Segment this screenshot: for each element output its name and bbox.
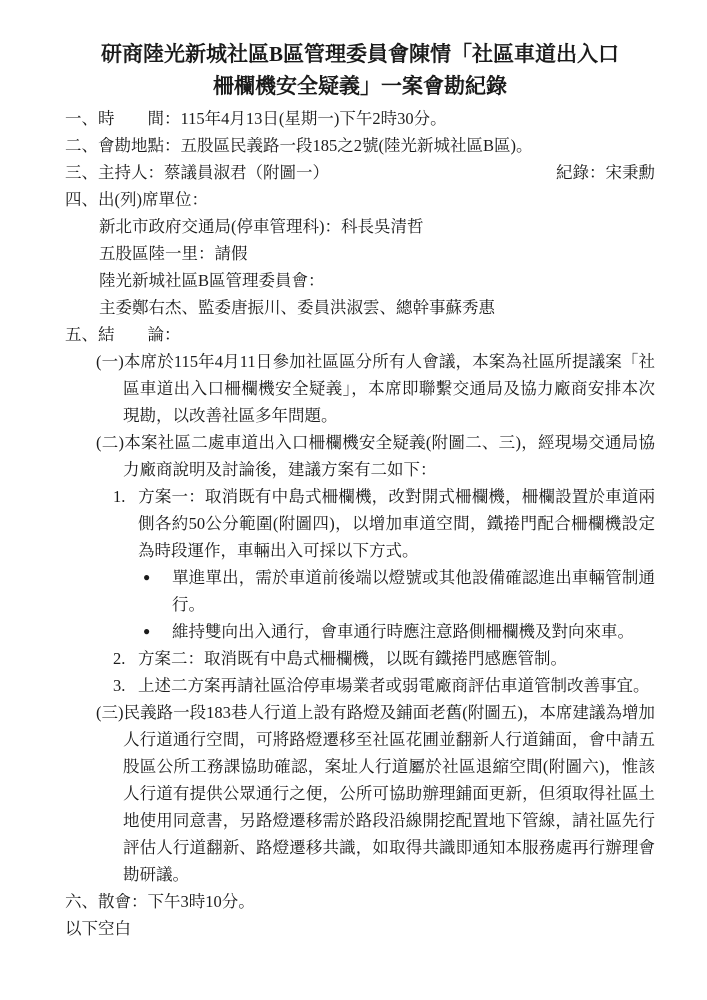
document-title: 研商陸光新城社區B區管理委員會陳情「社區車道出入口 柵欄機安全疑義」一案會勘紀錄 bbox=[65, 38, 655, 102]
title-line-2: 柵欄機安全疑義」一案會勘紀錄 bbox=[65, 70, 655, 102]
meeting-time-line: 一、時 間：115年4月13日(星期一)下午2時30分。 bbox=[65, 105, 655, 132]
conclusion-header: 五、結 論： bbox=[65, 321, 655, 348]
attendee-line-committee-members: 主委鄭右杰、監委唐振川、委員洪淑雲、總幹事蘇秀惠 bbox=[65, 294, 655, 321]
proposal-3: 3.上述二方案再請社區洽停車場業者或弱電廠商評估車道管制改善事宜。 bbox=[65, 672, 655, 699]
adjourn-line: 六、散會：下午3時10分。 bbox=[65, 888, 655, 915]
bullet-item-2: ●維持雙向出入通行，會車通行時應注意路側柵欄機及對向來車。 bbox=[65, 618, 655, 645]
conclusion-item-3-label: (三) bbox=[96, 703, 124, 722]
attendees-header: 四、出(列)席單位： bbox=[65, 186, 655, 213]
bullet-item-2-text: 維持雙向出入通行，會車通行時應注意路側柵欄機及對向來車。 bbox=[172, 622, 634, 641]
proposal-3-label: 3. bbox=[113, 672, 138, 699]
bullet-icon: ● bbox=[143, 564, 172, 591]
host-recorder-line: 三、主持人：蔡議員淑君（附圖一） 紀錄：宋秉勳 bbox=[65, 159, 655, 186]
conclusion-item-2-text: 本案社區二處車道出入口柵欄機安全疑義(附圖二、三)，經現場交通局協力廠商說明及討… bbox=[123, 433, 655, 479]
proposal-1-text: 方案一：取消既有中島式柵欄機，改對開式柵欄機，柵欄設置於車道兩側各約50公分範圍… bbox=[138, 487, 655, 560]
bullet-item-1-text: 單進單出，需於車道前後端以燈號或其他設備確認進出車輛管制通行。 bbox=[172, 568, 655, 614]
meeting-location-line: 二、會勘地點：五股區民義路一段185之2號(陸光新城社區B區)。 bbox=[65, 132, 655, 159]
conclusion-item-1-label: (一) bbox=[96, 352, 124, 371]
proposal-1-label: 1. bbox=[113, 483, 138, 510]
conclusion-item-3-text: 民義路一段183巷人行道上設有路燈及鋪面老舊(附圖五)，本席建議為增加人行道通行… bbox=[123, 703, 655, 884]
proposal-1: 1.方案一：取消既有中島式柵欄機，改對開式柵欄機，柵欄設置於車道兩側各約50公分… bbox=[65, 483, 655, 564]
conclusion-item-2: (二)本案社區二處車道出入口柵欄機安全疑義(附圖二、三)，經現場交通局協力廠商說… bbox=[65, 429, 655, 483]
proposal-2-label: 2. bbox=[113, 645, 138, 672]
document-body: 一、時 間：115年4月13日(星期一)下午2時30分。 二、會勘地點：五股區民… bbox=[65, 105, 655, 942]
bullet-icon: ● bbox=[143, 618, 172, 645]
meeting-host: 三、主持人：蔡議員淑君（附圖一） bbox=[65, 159, 329, 186]
attendee-line-traffic-bureau: 新北市政府交通局(停車管理科)：科長吳清哲 bbox=[65, 213, 655, 240]
proposal-3-text: 上述二方案再請社區洽停車場業者或弱電廠商評估車道管制改善事宜。 bbox=[138, 676, 650, 695]
document-page: 研商陸光新城社區B區管理委員會陳情「社區車道出入口 柵欄機安全疑義」一案會勘紀錄… bbox=[0, 0, 707, 1000]
meeting-recorder: 紀錄：宋秉勳 bbox=[556, 159, 655, 186]
blank-below-note: 以下空白 bbox=[65, 915, 655, 942]
conclusion-item-1: (一)本席於115年4月11日參加社區區分所有人會議，本案為社區所提議案「社區車… bbox=[65, 348, 655, 429]
proposal-2: 2.方案二：取消既有中島式柵欄機，以既有鐵捲門感應管制。 bbox=[65, 645, 655, 672]
title-line-1: 研商陸光新城社區B區管理委員會陳情「社區車道出入口 bbox=[65, 38, 655, 70]
attendee-line-committee: 陸光新城社區B區管理委員會： bbox=[65, 267, 655, 294]
conclusion-item-3: (三)民義路一段183巷人行道上設有路燈及鋪面老舊(附圖五)，本席建議為增加人行… bbox=[65, 699, 655, 888]
conclusion-item-2-label: (二) bbox=[96, 433, 124, 452]
conclusion-item-1-text: 本席於115年4月11日參加社區區分所有人會議，本案為社區所提議案「社區車道出入… bbox=[123, 352, 655, 425]
proposal-2-text: 方案二：取消既有中島式柵欄機，以既有鐵捲門感應管制。 bbox=[138, 649, 567, 668]
bullet-item-1: ●單進單出，需於車道前後端以燈號或其他設備確認進出車輛管制通行。 bbox=[65, 564, 655, 618]
attendee-line-village: 五股區陸一里：請假 bbox=[65, 240, 655, 267]
